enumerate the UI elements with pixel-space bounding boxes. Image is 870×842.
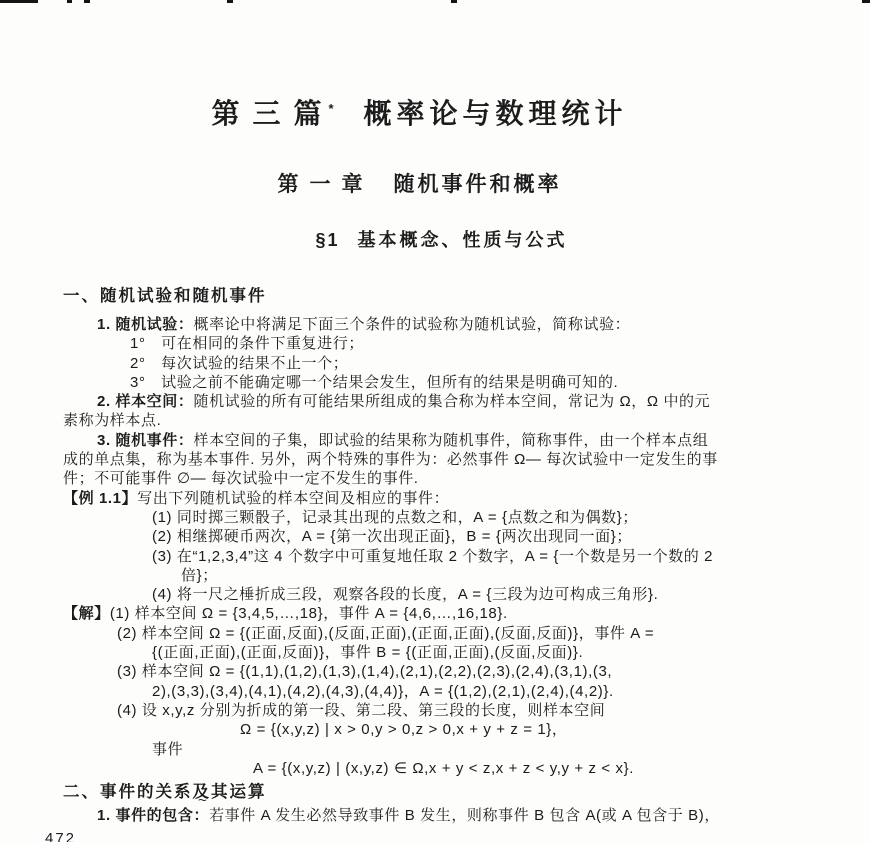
body-text-continued: 1. 事件的包含：若事件 A 发生必然导致事件 B 发生，则称事件 B 包含 A… xyxy=(63,806,820,825)
scan-artifact-top-edge xyxy=(451,0,457,3)
text-line: {(正面,正面),(正面,反面)}，事件 B = {(正面,正面),(反面,反面… xyxy=(152,643,820,662)
term-label: 1. 事件的包含： xyxy=(97,807,209,824)
part-number: 第三篇* xyxy=(211,92,333,132)
chapter-title: 第一章 随机事件和概率 xyxy=(41,168,798,198)
scan-artifact-top-edge xyxy=(0,0,38,3)
term-label: 2. 样本空间： xyxy=(97,393,193,410)
term-label: 1. 随机试验： xyxy=(97,316,193,333)
line-text: 概率论中将满足下面三个条件的试验称为随机试验，简称试验： xyxy=(193,316,630,333)
section-title-text: 基本概念、性质与公式 xyxy=(358,226,568,252)
part-title-text: 概率论与数理统计 xyxy=(364,92,628,132)
text-line: 3. 随机事件：样本空间的子集，即试验的结果称为随机事件，简称事件，由一个样本点… xyxy=(97,431,820,450)
heading-event-relations: 二、事件的关系及其运算~ xyxy=(63,782,820,802)
part-title: 第三篇* 概率论与数理统计 xyxy=(41,92,798,132)
line-text: 若事件 A 发生必然导致事件 B 发生，则称事件 B 包含 A(或 A 包含于 … xyxy=(209,807,720,824)
heading-random-experiments: 一、随机试验和随机事件 xyxy=(63,282,820,306)
text-line: 3° 试验之前不能确定哪一个结果会发生，但所有的结果是明确可知的. xyxy=(130,373,820,392)
scan-artifact-top-edge xyxy=(227,0,233,3)
part-footnote-star: * xyxy=(328,101,333,116)
text-line: (3) 在“1,2,3,4”这 4 个数字中可重复地任取 2 个数字，A = {… xyxy=(152,547,820,566)
text-line: 1. 随机试验：概率论中将满足下面三个条件的试验称为随机试验，简称试验： xyxy=(97,315,820,334)
text-line: 2° 每次试验的结果不止一个； xyxy=(130,354,820,373)
scan-artifact-top-edge xyxy=(84,0,90,3)
scan-artifact-top-edge xyxy=(862,0,870,3)
solution-line: 【解】(1) 样本空间 Ω = {3,4,5,…,18}，事件 A = {4,6… xyxy=(63,604,820,623)
body-text: 1. 随机试验：概率论中将满足下面三个条件的试验称为随机试验，简称试验： 1° … xyxy=(63,315,820,778)
line-text: 样本空间的子集，即试验的结果称为随机事件，简称事件，由一个样本点组 xyxy=(193,432,708,449)
text-line: (4) 设 x,y,z 分别为折成的第一段、第二段、第三段的长度，则样本空间 xyxy=(117,701,820,720)
chapter-number: 第一章 xyxy=(278,168,374,198)
line-text: 写出下列随机试验的样本空间及相应的事件： xyxy=(137,490,449,507)
text-line: (2) 样本空间 Ω = {(正面,反面),(反面,正面),(正面,正面),(反… xyxy=(117,624,820,643)
book-page: 第三篇* 概率论与数理统计 第一章 随机事件和概率 §1 基本概念、性质与公式 … xyxy=(0,0,870,842)
example-line: 【例 1.1】写出下列随机试验的样本空间及相应的事件： xyxy=(63,489,820,508)
part-number-text: 第三篇 xyxy=(211,98,334,129)
page-number: 472 xyxy=(45,830,820,842)
text-line: (1) 同时掷三颗骰子，记录其出现的点数之和，A = {点数之和为偶数}； xyxy=(152,508,820,527)
solution-label: 【解】 xyxy=(63,605,110,622)
line-text: (1) 样本空间 Ω = {3,4,5,…,18}，事件 A = {4,6,…,… xyxy=(110,605,508,622)
chapter-title-text: 随机事件和概率 xyxy=(394,168,562,198)
scan-artifact-top-edge xyxy=(67,0,72,3)
text-line: (2) 相继掷硬币两次，A = {第一次出现正面}，B = {两次出现同一面}； xyxy=(152,527,820,546)
example-label: 【例 1.1】 xyxy=(63,490,137,507)
text-line: 1° 可在相同的条件下重复进行； xyxy=(130,334,820,353)
scan-artifact-tilde: ~ xyxy=(198,791,209,811)
text-line: 件；不可能事件 ∅— 每次试验中一定不发生的事件. xyxy=(63,469,820,488)
text-line: 事件 xyxy=(152,740,820,759)
line-text: 随机试验的所有可能结果所组成的集合称为样本空间，常记为 Ω，Ω 中的元 xyxy=(193,393,710,410)
text-line: 2. 样本空间：随机试验的所有可能结果所组成的集合称为样本空间，常记为 Ω，Ω … xyxy=(97,392,820,411)
text-line: 素称为样本点. xyxy=(63,411,820,430)
text-line: (3) 样本空间 Ω = {(1,1),(1,2),(1,3),(1,4),(2… xyxy=(117,662,820,681)
term-label: 3. 随机事件： xyxy=(97,432,193,449)
text-line: 2),(3,3),(3,4),(4,1),(4,2),(4,3),(4,4)}，… xyxy=(152,682,820,701)
section-title: §1 基本概念、性质与公式 xyxy=(63,226,820,252)
text-line: 成的单点集，称为基本事件. 另外，两个特殊的事件为：必然事件 Ω— 每次试验中一… xyxy=(63,450,820,469)
heading-text: 二、事件的关系及其运算 xyxy=(63,783,267,801)
text-line: (4) 将一尺之棰折成三段，观察各段的长度，A = {三段为边可构成三角形}. xyxy=(152,585,820,604)
formula-sample-space: Ω = {(x,y,z) | x > 0,y > 0,z > 0,x + y +… xyxy=(240,720,820,739)
text-line: 倍}； xyxy=(181,566,820,585)
formula-event-a: A = {(x,y,z) | (x,y,z) ∈ Ω,x + y < z,x +… xyxy=(253,759,820,778)
section-number: §1 xyxy=(315,230,339,251)
